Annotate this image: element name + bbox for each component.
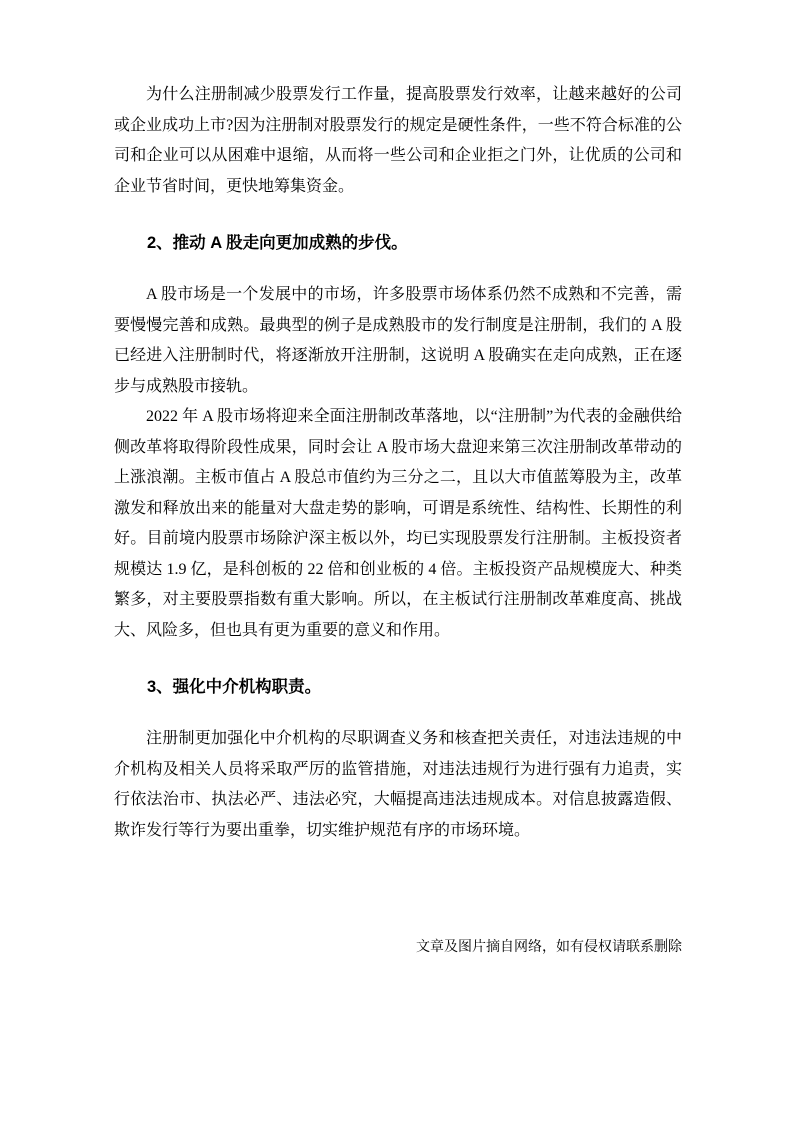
paragraph-2022-reform: 2022 年 A 股市场将迎来全面注册制改革落地，以“注册制”为代表的金融供给侧… <box>114 402 682 646</box>
attribution-note: 文章及图片摘自网络，如有侵权请联系删除 <box>416 936 682 960</box>
heading-section-2: 2、推动 A 股走向更加成熟的步伐。 <box>114 228 682 259</box>
paragraph-registration-benefits: 为什么注册制减少股票发行工作量，提高股票发行效率，让越来越好的公司或企业成功上市… <box>114 80 682 202</box>
paragraph-intermediary-duties: 注册制更加强化中介机构的尽职调查义务和核查把关责任，对违法违规的中介机构及相关人… <box>114 724 682 846</box>
paragraph-a-share-maturity: A 股市场是一个发展中的市场，许多股票市场体系仍然不成熟和不完善，需要慢慢完善和… <box>114 280 682 402</box>
document-page: 为什么注册制减少股票发行工作量，提高股票发行效率，让越来越好的公司或企业成功上市… <box>0 0 793 1122</box>
document-body: 为什么注册制减少股票发行工作量，提高股票发行效率，让越来越好的公司或企业成功上市… <box>114 80 682 846</box>
heading-section-3: 3、强化中介机构职责。 <box>114 672 682 703</box>
